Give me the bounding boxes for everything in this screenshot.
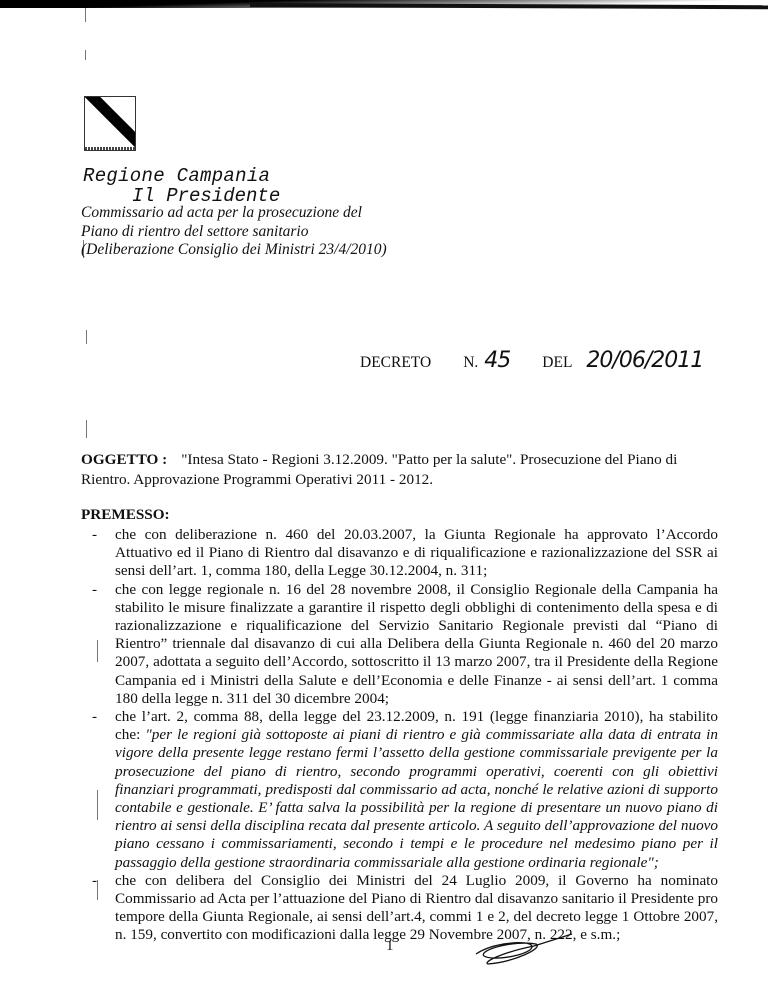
decree-number: 45 xyxy=(484,348,510,373)
logo-base xyxy=(85,147,135,150)
list-bullet: - xyxy=(92,526,97,544)
subject-text: "Intesa Stato - Regioni 3.12.2009. "Patt… xyxy=(81,451,677,488)
list-item: - che con deliberazione n. 460 del 20.03… xyxy=(81,526,718,581)
regione-campania-logo xyxy=(84,96,136,151)
list-item-quote: "per le regioni già sottoposte ai piani … xyxy=(115,726,718,870)
list-item: - che con delibera del Consiglio dei Min… xyxy=(81,872,718,945)
commissario-line: Commissario ad acta per la prosecuzione … xyxy=(81,204,401,223)
list-bullet: - xyxy=(92,708,97,726)
decree-number-label: N. xyxy=(463,354,478,372)
org-name: Regione Campania xyxy=(83,165,270,187)
premesso-heading: PREMESSO: xyxy=(81,506,170,524)
scan-speck xyxy=(85,8,86,22)
subject-block: OGGETTO :"Intesa Stato - Regioni 3.12.20… xyxy=(81,450,716,490)
decree-date: 20/06/2011 xyxy=(586,348,703,373)
logo-diagonal-band xyxy=(84,96,136,151)
premesso-list: - che con deliberazione n. 460 del 20.03… xyxy=(81,526,718,945)
list-item: - che l’art. 2, comma 88, della legge de… xyxy=(81,708,718,872)
signature-icon xyxy=(474,932,574,972)
list-item-text: che con delibera del Consiglio dei Minis… xyxy=(115,872,718,944)
page-number: 1 xyxy=(386,938,394,955)
scan-edge-artifact xyxy=(250,3,768,9)
commissario-line: (Deliberazione Consiglio dei Ministri 23… xyxy=(81,241,401,260)
subject-label: OGGETTO : xyxy=(81,451,167,468)
scan-speck xyxy=(85,50,86,60)
decree-date-label: DEL xyxy=(542,354,572,372)
decree-header: DECRETO N. 45 DEL 20/06/2011 xyxy=(360,348,703,373)
commissario-block: Commissario ad acta per la prosecuzione … xyxy=(81,204,401,260)
list-item-text: che con legge regionale n. 16 del 28 nov… xyxy=(115,581,718,707)
scan-speck xyxy=(86,330,87,344)
decree-label: DECRETO xyxy=(360,354,431,372)
list-bullet: - xyxy=(92,581,97,599)
list-bullet: - xyxy=(92,872,97,890)
commissario-line: Piano di rientro del settore sanitario xyxy=(81,223,401,242)
list-item: - che con legge regionale n. 16 del 28 n… xyxy=(81,581,718,708)
scan-speck xyxy=(86,420,87,438)
list-item-text: che con deliberazione n. 460 del 20.03.2… xyxy=(115,526,718,579)
